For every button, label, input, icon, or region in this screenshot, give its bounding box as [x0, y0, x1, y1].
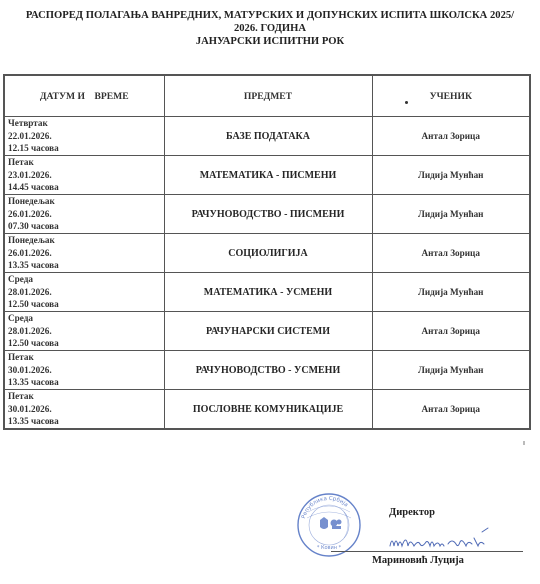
date-time-cell: Понедељак26.01.2026.13.35 часова [4, 234, 164, 273]
exam-time: 13.35 часова [8, 259, 164, 272]
header-student: УЧЕНИК [372, 75, 530, 117]
title-line-3: ЈАНУАРСКИ ИСПИТНИ РОК [0, 35, 540, 48]
student-cell: Антал Зорица [372, 117, 530, 156]
exam-date: 26.01.2026. [8, 247, 164, 260]
table-row: Петак30.01.2026.13.35 часоваРАЧУНОВОДСТВ… [4, 351, 530, 390]
title-line-1: РАСПОРЕД ПОЛАГАЊА ВАНРЕДНИХ, МАТУРСКИХ И… [0, 9, 540, 22]
exam-time: 12.50 часова [8, 298, 164, 311]
table-row: Среда28.01.2026.12.50 часоваРАЧУНАРСКИ С… [4, 312, 530, 351]
date-time-cell: Понедељак26.01.2026.07.30 часова [4, 195, 164, 234]
subject-cell: БАЗЕ ПОДАТАКА [164, 117, 372, 156]
exam-date: 22.01.2026. [8, 130, 164, 143]
student-cell: Лидија Мунћан [372, 195, 530, 234]
header-date-time: ДАТУМ И ВРЕМЕ [4, 75, 164, 117]
exam-date: 23.01.2026. [8, 169, 164, 182]
subject-cell: МАТЕМАТИКА - ПИСМЕНИ [164, 156, 372, 195]
header-subject: ПРЕДМЕТ [164, 75, 372, 117]
table-row: Четвртак22.01.2026.12.15 часоваБАЗЕ ПОДА… [4, 117, 530, 156]
exam-time: 12.15 часова [8, 142, 164, 155]
exam-day: Петак [8, 156, 164, 169]
exam-time: 07.30 часова [8, 220, 164, 233]
student-cell: Антал Зорица [372, 312, 530, 351]
date-time-cell: Среда28.01.2026.12.50 часова [4, 273, 164, 312]
exam-date: 30.01.2026. [8, 364, 164, 377]
date-time-cell: Петак23.01.2026.14.45 часова [4, 156, 164, 195]
exam-day: Понедељак [8, 234, 164, 247]
exam-day: Четвртак [8, 117, 164, 130]
subject-cell: РАЧУНОВОДСТВО - ПИСМЕНИ [164, 195, 372, 234]
student-cell: Лидија Мунћан [372, 351, 530, 390]
date-time-cell: Петак30.01.2026.13.35 часова [4, 351, 164, 390]
exam-day: Среда [8, 312, 164, 325]
exam-schedule-table: ДАТУМ И ВРЕМЕ ПРЕДМЕТ УЧЕНИК Четвртак22.… [3, 74, 531, 430]
student-cell: Антал Зорица [372, 234, 530, 273]
document-title: РАСПОРЕД ПОЛАГАЊА ВАНРЕДНИХ, МАТУРСКИХ И… [0, 9, 540, 48]
exam-time: 13.35 часова [8, 376, 164, 389]
exam-date: 28.01.2026. [8, 325, 164, 338]
table-row: Петак23.01.2026.14.45 часоваМАТЕМАТИКА -… [4, 156, 530, 195]
exam-time: 12.50 часова [8, 337, 164, 350]
exam-day: Понедељак [8, 195, 164, 208]
student-cell: Антал Зорица [372, 390, 530, 430]
exam-date: 26.01.2026. [8, 208, 164, 221]
subject-cell: МАТЕМАТИКА - УСМЕНИ [164, 273, 372, 312]
subject-cell: РАЧУНОВОДСТВО - УСМЕНИ [164, 351, 372, 390]
student-cell: Лидија Мунћан [372, 273, 530, 312]
date-time-cell: Четвртак22.01.2026.12.15 часова [4, 117, 164, 156]
table-row: Петак30.01.2026.13.35 часоваПОСЛОВНЕ КОМ… [4, 390, 530, 430]
date-time-cell: Среда28.01.2026.12.50 часова [4, 312, 164, 351]
school-seal-stamp-icon: Република Србија * Ковин * [296, 492, 362, 558]
table-header-row: ДАТУМ И ВРЕМЕ ПРЕДМЕТ УЧЕНИК [4, 75, 530, 117]
director-name: Мариновић Луција [372, 555, 464, 566]
handwritten-signature-icon [386, 526, 506, 552]
stray-dot-mark [405, 101, 408, 104]
subject-cell: РАЧУНАРСКИ СИСТЕМИ [164, 312, 372, 351]
exam-date: 30.01.2026. [8, 403, 164, 416]
title-line-2: 2026. ГОДИНА [0, 22, 540, 35]
table-row: Среда28.01.2026.12.50 часоваМАТЕМАТИКА -… [4, 273, 530, 312]
student-cell: Лидија Мунћан [372, 156, 530, 195]
exam-day: Петак [8, 351, 164, 364]
subject-cell: ПОСЛОВНЕ КОМУНИКАЦИЈЕ [164, 390, 372, 430]
table-row: Понедељак26.01.2026.13.35 часоваСОЦИОЛИГ… [4, 234, 530, 273]
date-time-cell: Петак30.01.2026.13.35 часова [4, 390, 164, 430]
table-row: Понедељак26.01.2026.07.30 часоваРАЧУНОВО… [4, 195, 530, 234]
exam-day: Среда [8, 273, 164, 286]
exam-date: 28.01.2026. [8, 286, 164, 299]
page-artifact-mark [523, 441, 525, 445]
exam-time: 13.35 часова [8, 415, 164, 428]
subject-cell: СОЦИОЛИГИЈА [164, 234, 372, 273]
exam-day: Петак [8, 390, 164, 403]
signature-line [331, 551, 523, 552]
exam-time: 14.45 часова [8, 181, 164, 194]
svg-text:Република Србија: Република Србија [301, 496, 349, 520]
director-label: Директор [389, 507, 435, 518]
